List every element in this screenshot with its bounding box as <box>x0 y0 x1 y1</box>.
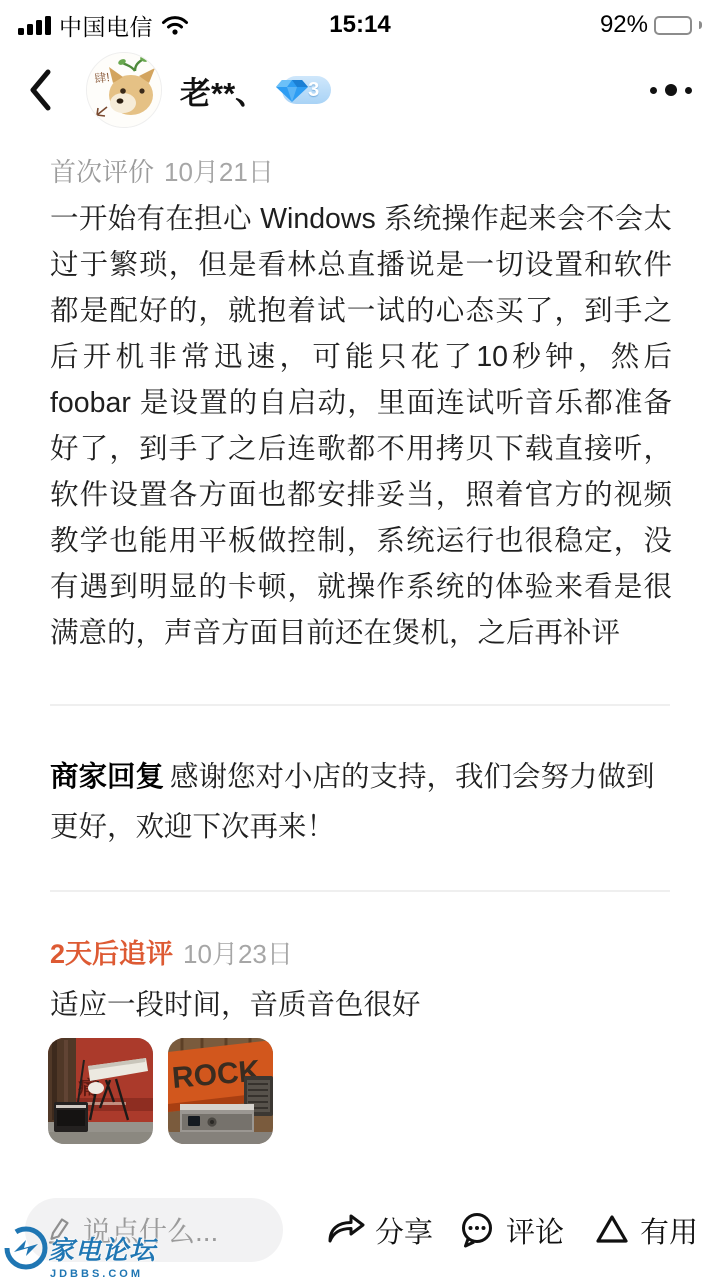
useful-button[interactable]: 有用 <box>594 1188 698 1272</box>
more-menu-button[interactable] <box>650 70 692 110</box>
battery-percent-label: 92% <box>600 11 648 39</box>
followup-text: 适应一段时间，音质音色很好 <box>50 982 421 1023</box>
avatar[interactable]: 肆! <box>86 52 162 128</box>
back-chevron-icon <box>28 69 52 111</box>
comment-label: 评论 <box>506 1210 564 1251</box>
useful-triangle-icon <box>594 1213 630 1247</box>
review-body-text: 一开始有在担心 Windows 系统操作起来会不会太过于繁琐，但是看林总直播说是… <box>50 196 672 656</box>
avatar-doge-image: 肆! <box>87 53 162 128</box>
photo-thumbnail-1[interactable]: 痛 <box>48 1038 153 1144</box>
member-level-badge[interactable]: 3 <box>282 76 331 104</box>
status-bar: 15:14 中国电信 92% <box>0 0 720 42</box>
svg-text:肆!: 肆! <box>93 69 110 86</box>
watermark-title: 家电论坛 <box>48 1230 156 1267</box>
followup-date: 10月23日 <box>183 939 293 969</box>
divider <box>50 704 670 706</box>
share-label: 分享 <box>375 1210 433 1251</box>
username-label[interactable]: 老**、 <box>180 68 266 113</box>
watermark-domain: JDBBS.COM <box>50 1268 184 1280</box>
merchant-reply: 商家回复感谢您对小店的支持，我们会努力做到更好，欢迎下次再来！ <box>50 752 672 852</box>
followup-photos: 痛 ROCK <box>48 1038 273 1144</box>
photo-2-image: ROCK <box>168 1038 273 1144</box>
comment-button[interactable]: 评论 <box>458 1188 564 1272</box>
photo-1-image: 痛 <box>48 1038 153 1144</box>
review-detail-page: 15:14 中国电信 92% <box>0 0 720 1280</box>
battery-icon <box>654 16 692 35</box>
watermark-logo-icon <box>4 1226 48 1270</box>
merchant-reply-label: 商家回复 <box>50 761 164 793</box>
first-review-meta: 首次评价10月21日 <box>50 152 274 189</box>
page-header: 肆! 老**、 3 <box>0 48 720 132</box>
comment-bubble-icon <box>458 1211 496 1249</box>
battery-tip <box>699 21 702 29</box>
photo-thumbnail-2[interactable]: ROCK <box>168 1038 273 1144</box>
first-review-label: 首次评价 <box>50 157 154 187</box>
first-review-date: 10月21日 <box>164 157 274 187</box>
followup-label: 2天后追评 <box>50 939 173 969</box>
diamond-icon <box>274 72 310 106</box>
useful-label: 有用 <box>640 1210 698 1251</box>
divider <box>50 890 670 892</box>
share-icon <box>325 1212 365 1248</box>
site-watermark: 家电论坛 JDBBS.COM <box>4 1226 184 1278</box>
clock: 15:14 <box>329 11 390 38</box>
share-button[interactable]: 分享 <box>325 1188 433 1272</box>
back-button[interactable] <box>28 65 68 115</box>
followup-meta: 2天后追评10月23日 <box>50 932 293 971</box>
